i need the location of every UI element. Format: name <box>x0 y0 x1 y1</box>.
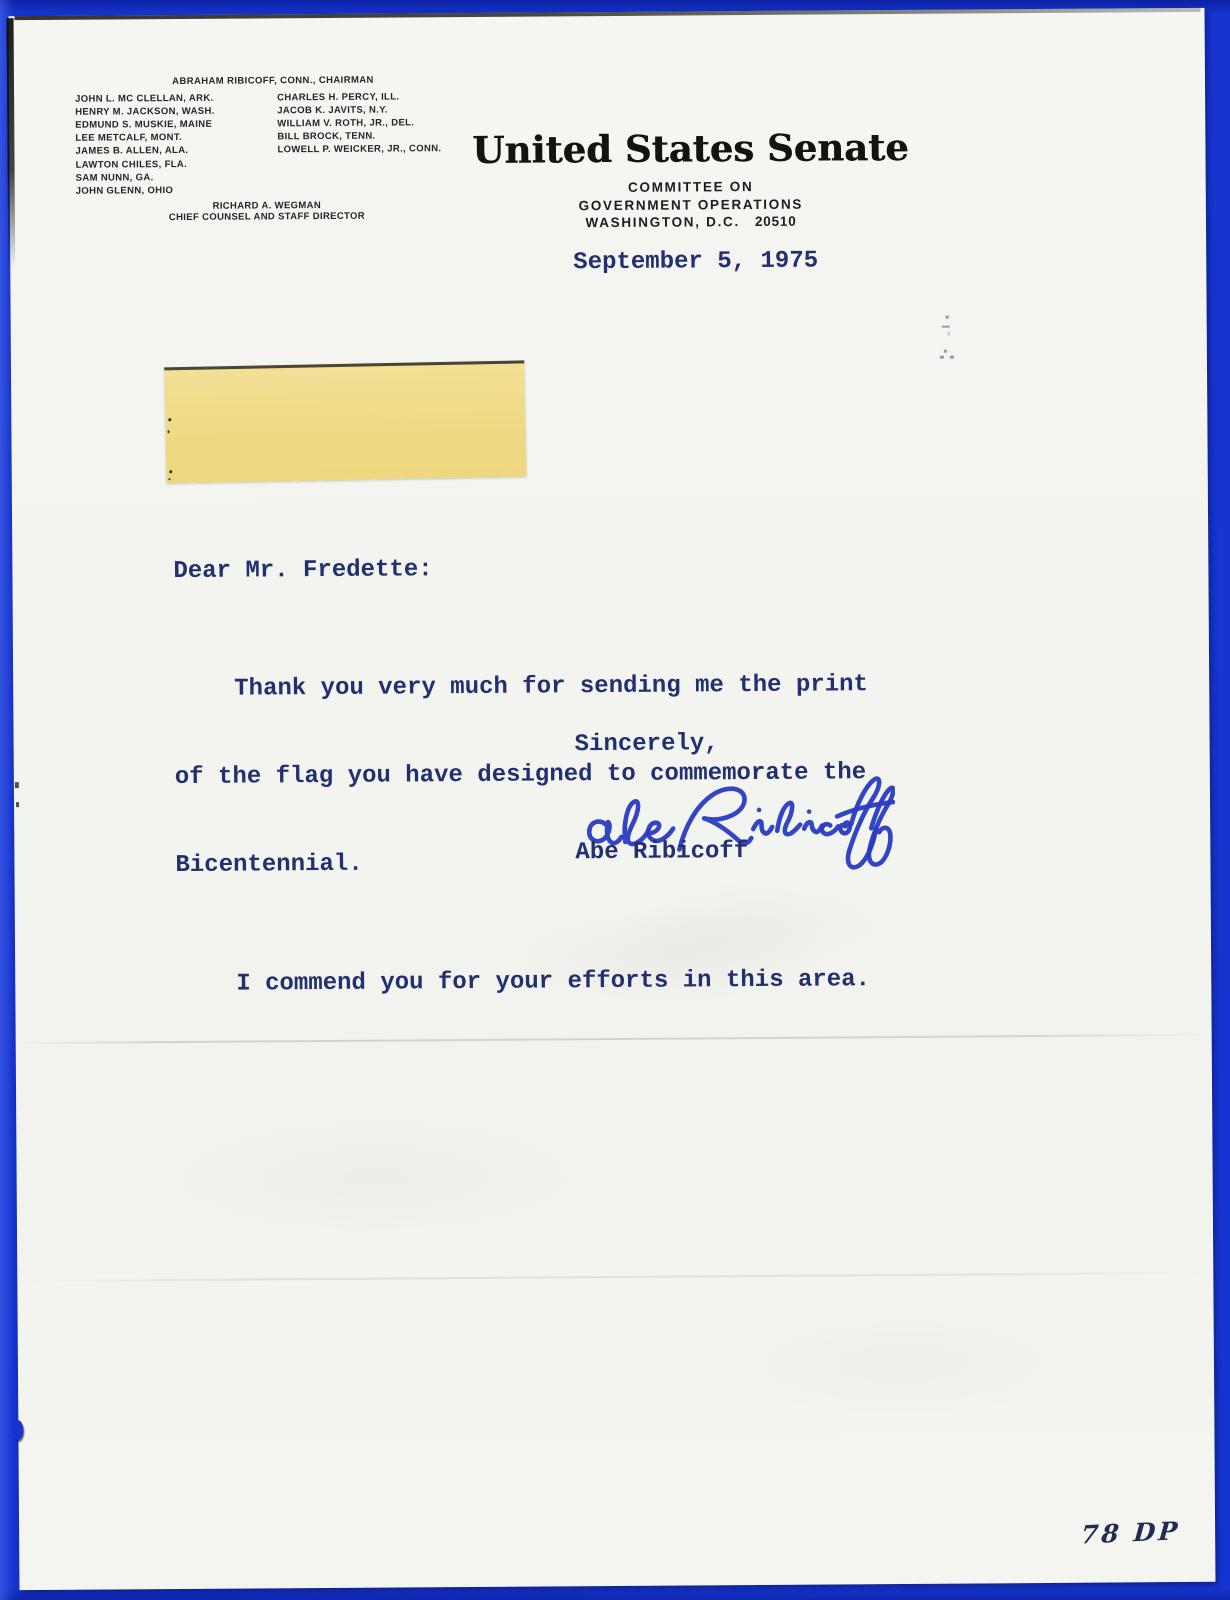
scan-background: ABRAHAM RIBICOFF, CONN., CHAIRMAN JOHN L… <box>0 0 1230 1600</box>
committee-address-line: WASHINGTON, D.C.20510 <box>461 212 921 233</box>
paper-top-edge-shadow <box>15 8 1201 20</box>
chairman-line: ABRAHAM RIBICOFF, CONN., CHAIRMAN <box>61 73 485 89</box>
letterhead-member-roster: ABRAHAM RIBICOFF, CONN., CHAIRMAN JOHN L… <box>61 73 486 225</box>
letter-date: September 5, 1975 <box>573 247 818 278</box>
left-edge-mark <box>16 802 19 807</box>
typed-signature-name: Abe Ribicoff <box>575 837 748 868</box>
closing: Sincerely, <box>575 729 719 759</box>
handwritten-note: 78 DP <box>1080 1516 1182 1549</box>
committee-block: COMMITTEE ON GOVERNMENT OPERATIONS WASHI… <box>461 177 921 233</box>
committee-zip: 20510 <box>755 213 797 231</box>
letter-paper: ABRAHAM RIBICOFF, CONN., CHAIRMAN JOHN L… <box>9 8 1216 1590</box>
fold-crease <box>17 1272 1213 1282</box>
senate-title: United States Senate <box>460 126 920 171</box>
members-left-column: JOHN L. MC CLELLAN, ARK. HENRY M. JACKSO… <box>61 91 278 197</box>
committee-city: WASHINGTON, D.C. <box>585 214 740 230</box>
address-redaction-sticker <box>164 360 526 483</box>
paper-left-edge-shadow <box>7 18 16 270</box>
paper-edge-notch <box>12 1420 23 1440</box>
body-line: Thank you very much for sending me the p… <box>174 670 934 705</box>
staff-director-title: CHIEF COUNSEL AND STAFF DIRECTOR <box>48 210 486 225</box>
scan-ink-specks <box>936 310 960 362</box>
letterhead-masthead: United States Senate COMMITTEE ON GOVERN… <box>460 126 921 233</box>
member-name: JOHN GLENN, OHIO <box>76 183 278 198</box>
member-name: LOWELL P. WEICKER, JR., CONN. <box>277 142 485 157</box>
staff-director-block: RICHARD A. WEGMAN CHIEF COUNSEL AND STAF… <box>48 199 486 225</box>
left-edge-mark <box>15 782 19 788</box>
salutation: Dear Mr. Fredette: <box>173 552 933 587</box>
body-line: I commend you for your efforts in this a… <box>176 964 936 999</box>
members-right-column: CHARLES H. PERCY, ILL. JACOB K. JAVITS, … <box>277 90 486 196</box>
